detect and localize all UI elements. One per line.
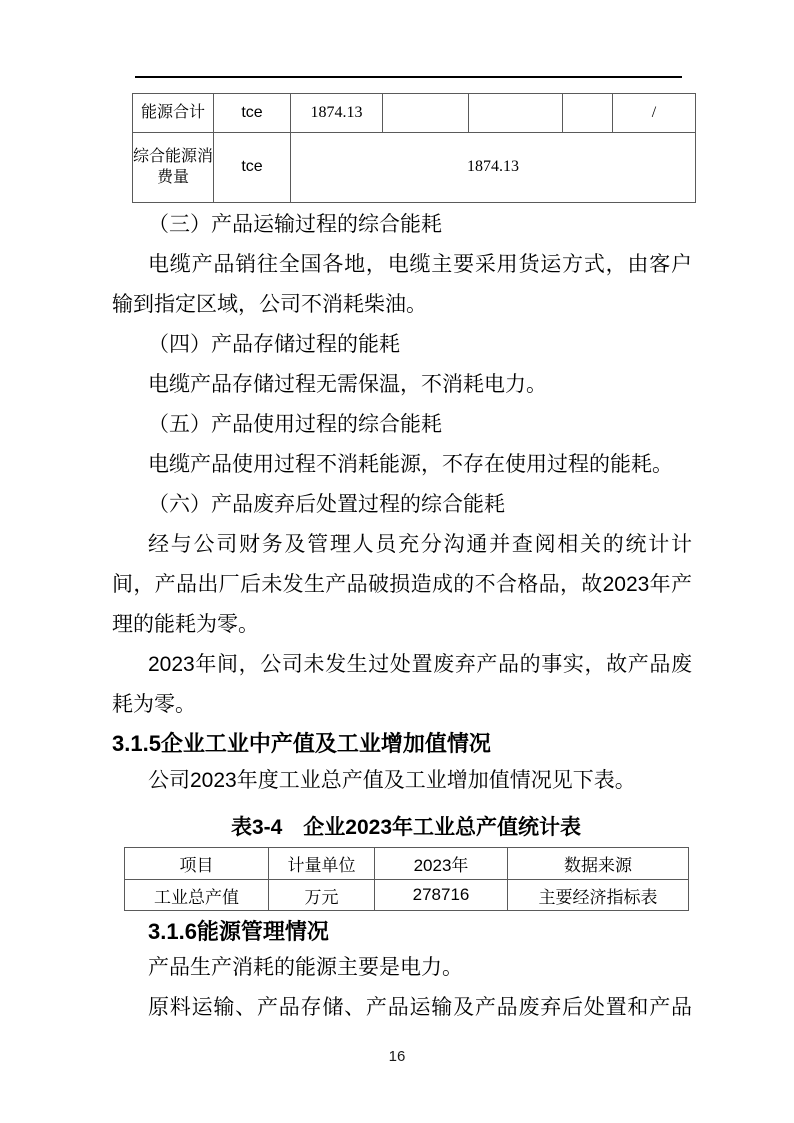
table-cell: 主要经济指标表	[508, 880, 689, 911]
table-cell: 能源合计	[133, 94, 214, 133]
paragraph-line: 电缆产品使用过程不消耗能源，不存在使用过程的能耗。	[112, 445, 692, 485]
paragraph-line: （五）产品使用过程的综合能耗	[112, 405, 692, 445]
table-cell: 综合能源消费量	[133, 133, 214, 203]
energy-main-paragraph: 产品生产消耗的能源主要是电力。	[112, 948, 692, 988]
column-header: 2023年	[375, 848, 508, 880]
table-header-row: 项目 计量单位 2023年 数据来源	[125, 848, 689, 880]
table-row: 综合能源消费量 tce 1874.13	[133, 133, 696, 203]
paragraph-line: 间，产品出厂后未发生产品破损造成的不合格品，故2023年产品废弃后处	[112, 565, 692, 605]
table-row: 能源合计 tce 1874.13 /	[133, 94, 696, 133]
header-rule	[135, 76, 682, 78]
column-header: 数据来源	[508, 848, 689, 880]
table-cell: 万元	[269, 880, 375, 911]
table-cell: 1874.13	[291, 133, 696, 203]
transport-note-paragraph: 原料运输、产品存储、产品运输及产品废弃后处置和产品使用过程在	[112, 988, 692, 1028]
paragraph-line: 2023年间，公司未发生过处置废弃产品的事实，故产品废弃后处置能	[112, 645, 692, 685]
energy-summary-table: 能源合计 tce 1874.13 / 综合能源消费量 tce 1874.13	[132, 93, 696, 203]
section-heading-315: 3.1.5企业工业中产值及工业增加值情况	[112, 726, 732, 762]
table-cell: /	[613, 94, 696, 133]
column-header: 计量单位	[269, 848, 375, 880]
table-cell: 1874.13	[291, 94, 383, 133]
paragraph-line: （三）产品运输过程的综合能耗	[112, 205, 692, 245]
table-cell: 278716	[375, 880, 508, 911]
paragraph-line: 耗为零。	[112, 685, 692, 725]
table-cell: tce	[214, 133, 291, 203]
table-cell	[563, 94, 613, 133]
table-cell: 工业总产值	[125, 880, 269, 911]
document-page: 能源合计 tce 1874.13 / 综合能源消费量 tce 1874.13 （…	[0, 0, 794, 1123]
paragraph-line: 电缆产品销往全国各地，电缆主要采用货运方式，由客户方将产品运	[112, 245, 692, 285]
body-text: （三）产品运输过程的综合能耗 电缆产品销往全国各地，电缆主要采用货运方式，由客户…	[112, 205, 692, 725]
paragraph-line: 经与公司财务及管理人员充分沟通并查阅相关的统计计量，2023年	[112, 525, 692, 565]
table-cell	[469, 94, 563, 133]
paragraph-line: （六）产品废弃后处置过程的综合能耗	[112, 485, 692, 525]
paragraph-line: 输到指定区域，公司不消耗柴油。	[112, 285, 692, 325]
section-heading-316: 3.1.6能源管理情况	[112, 914, 732, 950]
paragraph-line: 理的能耗为零。	[112, 605, 692, 645]
table-title: 表3-4 企业2023年工业总产值统计表	[124, 812, 688, 844]
page-number: 16	[0, 1048, 794, 1065]
output-value-table: 项目 计量单位 2023年 数据来源 工业总产值 万元 278716 主要经济指…	[124, 847, 689, 911]
overview-paragraph: 公司2023年度工业总产值及工业增加值情况见下表。	[112, 761, 692, 801]
paragraph-line: （四）产品存储过程的能耗	[112, 325, 692, 365]
column-header: 项目	[125, 848, 269, 880]
table-cell	[383, 94, 469, 133]
table-cell: tce	[214, 94, 291, 133]
paragraph-line: 电缆产品存储过程无需保温，不消耗电力。	[112, 365, 692, 405]
table-row: 工业总产值 万元 278716 主要经济指标表	[125, 880, 689, 911]
